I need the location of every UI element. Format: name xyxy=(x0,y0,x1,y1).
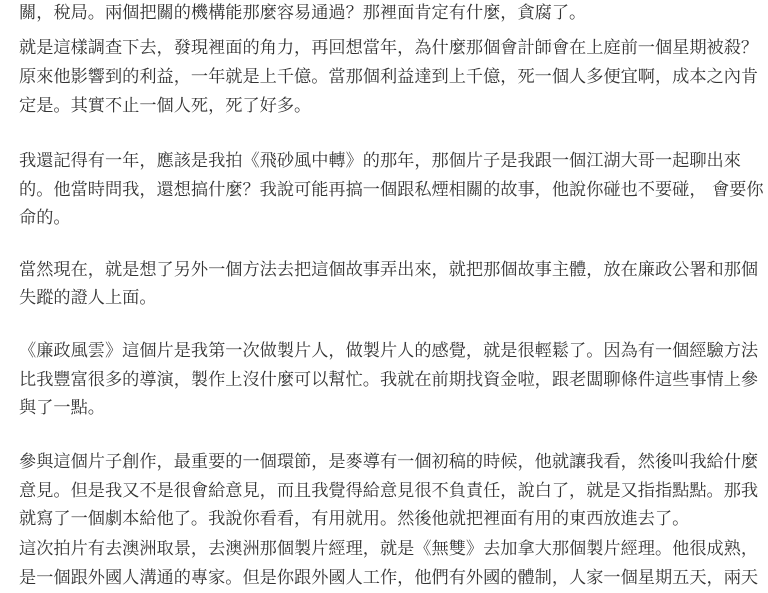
text-line: 參與這個片子創作，最重要的一個環節，是麥導有一個初稿的時候，他就讓我看，然後叫我… xyxy=(19,451,758,473)
text-line: 原來他影響到的利益，一年就是上千億。當那個利益達到上千億，死一個人多便宜啊，成本… xyxy=(19,66,758,88)
text-line: 與了一點。 xyxy=(19,397,105,419)
text-line: 是一個跟外國人溝通的專家。但是你跟外國人工作，他們有外國的體制，人家一個星期五天… xyxy=(19,567,758,589)
text-line: 失蹤的證人上面。 xyxy=(19,287,157,309)
text-line: 我還記得有一年，應該是我拍《飛砂風中轉》的那年，那個片子是我跟一個江湖大哥一起聊… xyxy=(19,150,741,172)
text-line: 定是。其實不止一個人死，死了好多。 xyxy=(19,95,311,117)
text-line: 這次拍片有去澳洲取景，去澳洲那個製片經理，就是《無雙》去加拿大那個製片經理。他很… xyxy=(19,538,758,560)
text-line: 《廉政風雲》這個片是我第一次做製片人，做製片人的感覺，就是很輕鬆了。因為有一個經… xyxy=(19,340,758,362)
text-line: 命的。 xyxy=(19,207,71,229)
text-line: 當然現在，就是想了另外一個方法去把這個故事弄出來，就把那個故事主體，放在廉政公署… xyxy=(19,259,758,281)
text-line: 關，稅局。兩個把關的機構能那麼容易通過？那裡面肯定有什麼，貪腐了。 xyxy=(19,2,586,24)
text-line: 意見。但是我又不是很會給意見，而且我覺得給意見很不負責任，說白了，就是又指指點點… xyxy=(19,480,758,502)
text-line: 就是這樣調查下去，發現裡面的角力，再回想當年，為什麼那個會計師會在上庭前一個星期… xyxy=(19,37,758,59)
text-line: 的。他當時問我，還想搞什麼？我說可能再搞一個跟私煙相關的故事，他說你碰也不要碰，… xyxy=(19,179,764,201)
text-line: 就寫了一個劇本給他了。我說你看看，有用就用。然後他就把裡面有用的東西放進去了。 xyxy=(19,508,689,530)
text-line: 比我豐富很多的導演，製作上沒什麼可以幫忙。我就在前期找資金啦，跟老闆聊條件這些事… xyxy=(19,369,758,391)
